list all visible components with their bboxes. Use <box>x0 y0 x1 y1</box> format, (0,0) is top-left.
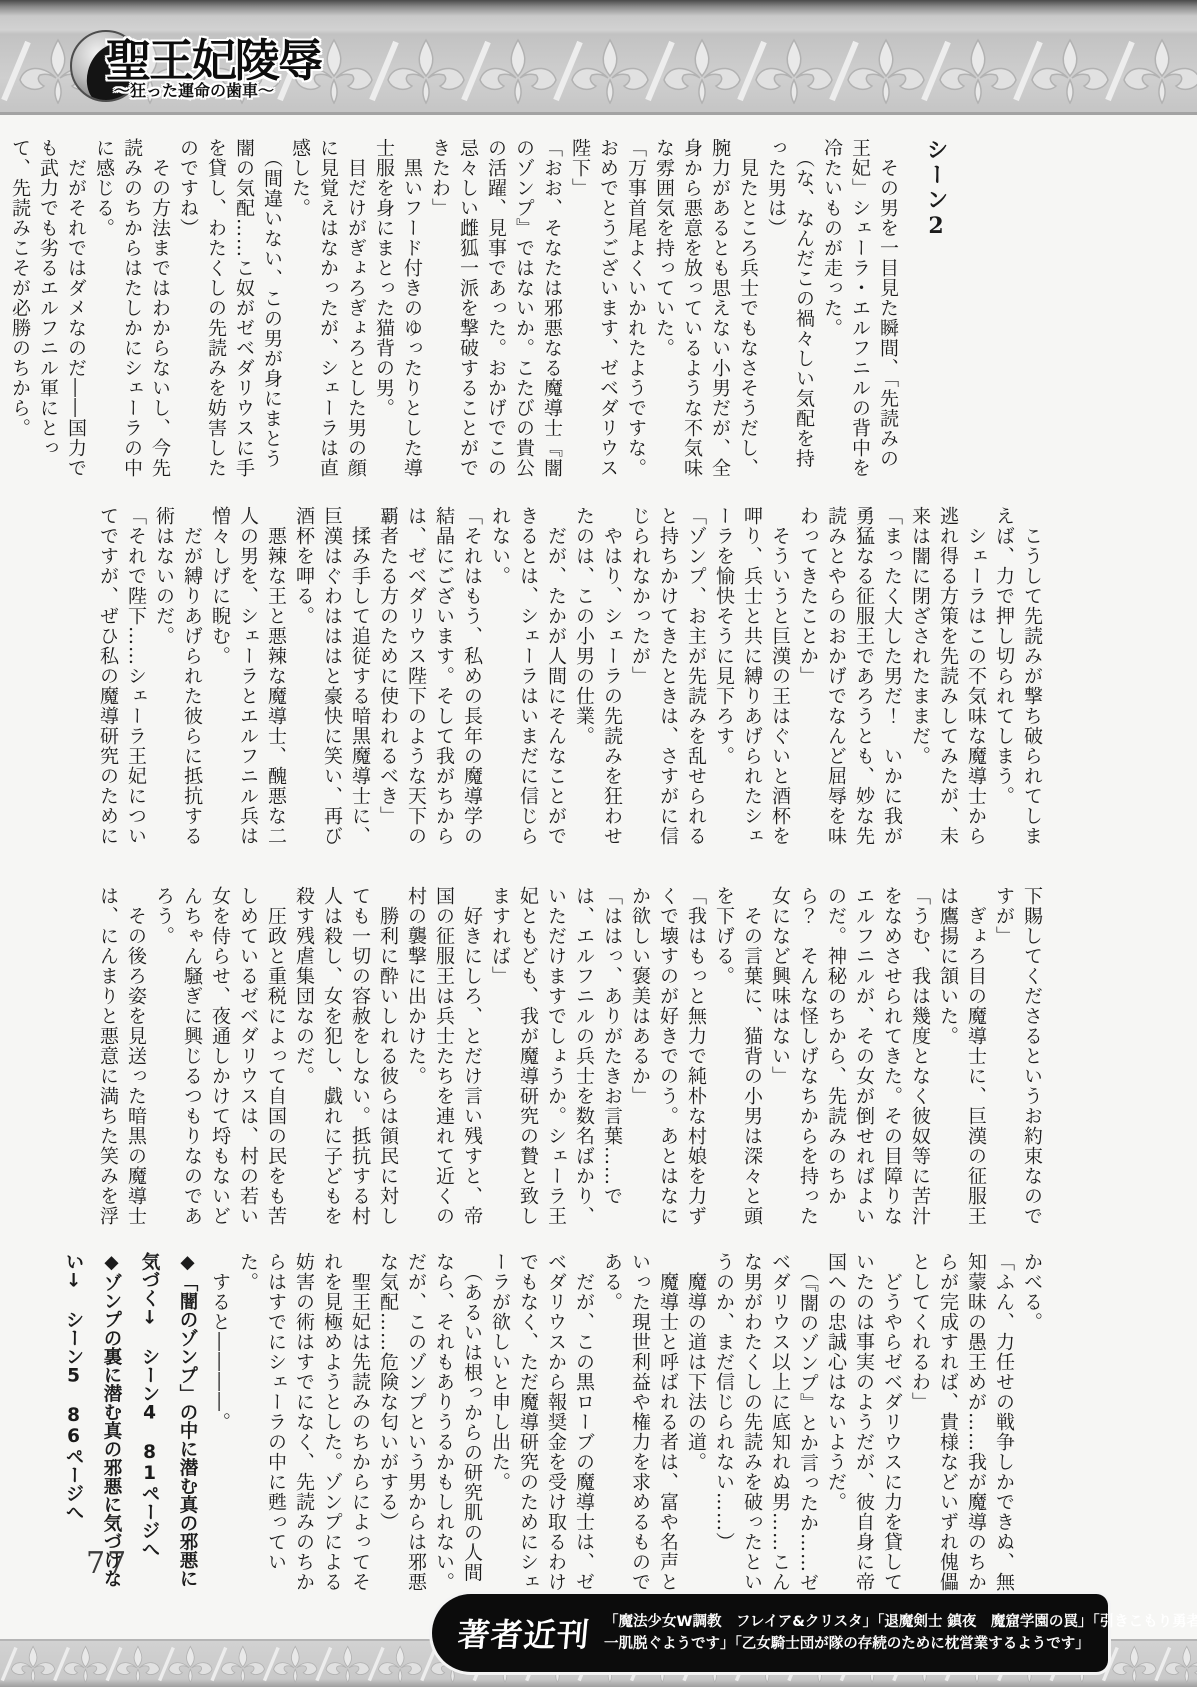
paragraph: 圧政と重税によって自国の民をも苦しめているゼベダリウスは、村の若い女を侍らせ、夜… <box>150 886 290 1230</box>
paragraph: 好きにしろ、とだけ言い残すと、帝国の征服王は兵士たちを連れて近くの村の襲撃に出か… <box>402 886 486 1230</box>
text-band-1: シーン2 その男を一目見た瞬間、「先読みの王妃」シェーラ・エルフニルの背中を冷た… <box>64 138 1046 482</box>
paragraph: 魔導士と呼ばれる者は、富や名声といった現世利益や権力を求めるものである。 <box>598 1252 682 1596</box>
paragraph: （あるいは根っからの研究肌の人間なら、それもありうるかもしれない。だが、このゾン… <box>374 1252 486 1596</box>
paragraph: その言葉に、猫背の小男は深々と頭を下げる。 <box>710 886 766 1230</box>
paragraph: 「うむ、我は幾度となく彼奴等に苦汁をなめさせられてきた。その目障りなエルフニルが… <box>766 886 934 1230</box>
book-titles-line2: 一肌脱ぐようです」「乙女騎士団が隊の存続のために枕営業するようです」 <box>604 1633 1197 1655</box>
paragraph: 「まったく大した男だ！ いかに我が勇猛なる征服王であろうとも、妙な先読みとやらの… <box>794 506 906 850</box>
paragraph: 見たところ兵士でもなさそうだし、腕力があるとも思えない小男だが、全身から悪意を放… <box>650 138 762 482</box>
paragraph: （『闇のゾンプ』とか言ったか……ゼベダリウス以上に底知れぬ男……こんな男がわたく… <box>710 1252 822 1596</box>
paragraph: 魔導の道は下法の道。 <box>682 1252 710 1596</box>
paragraph: 「それはもう、私めの長年の魔導学の結晶にございます。そして我がちからは、ゼベダリ… <box>374 506 486 850</box>
paragraph: その男を一目見た瞬間、「先読みの王妃」シェーラ・エルフニルの背中を冷たいものが走… <box>818 138 902 482</box>
page-number: 77 <box>86 1546 128 1581</box>
paragraph: 聖王妃は先読みのちからによってそれを見極めようとした。ゾンプによる妨害の術はすで… <box>234 1252 374 1596</box>
author-books-bar: 著者近刊 「魔法少女W調教 フレイア&クリスタ」「退魔剣士 鎮夜 魔窟学園の罠」… <box>432 1594 1108 1672</box>
paragraph: やはり、シェーラの先読みを狂わせたのは、この小男の仕業。 <box>570 506 626 850</box>
paragraph: その方法まではわからないし、今先読みのちからはたしかにシェーラの中に感じる。 <box>90 138 174 482</box>
paragraph: 「我はもっと無力で純朴な村娘を力ずくで壊すのが好きでのう。あとはなにか欲しい褒美… <box>626 886 710 1230</box>
paragraph: 「万事首尾よくいかれたようですな。おめでとうございます、ゼベダリウス陛下」 <box>566 138 650 482</box>
paragraph: だが縛りあげられた彼らに抵抗する術はないのだ。 <box>150 506 206 850</box>
book-titles: 「魔法少女W調教 フレイア&クリスタ」「退魔剣士 鎮夜 魔窟学園の罠」「引きこも… <box>604 1611 1197 1656</box>
paragraph: こうして先読みが撃ち破られてしまえば、力で押し切られてしまう。 <box>990 506 1046 850</box>
paragraph: 揉み手して追従する暗黒魔導士に、巨漢はぐわはははと豪快に笑い、再び酒杯を呷る。 <box>290 506 374 850</box>
series-logo: 聖王妃陵辱 ～狂った運命の歯車～ <box>62 22 362 112</box>
author-books-label: 著者近刊 <box>456 1610 592 1656</box>
paragraph: 「おお、そなたは邪悪なる魔導士『闇のゾンプ』ではないか。こたびの貴公の活躍、見事… <box>426 138 566 482</box>
paragraph: 目だけがぎょろぎょろとした男の顔に見覚えはなかったが、シェーラは直感した。 <box>286 138 370 482</box>
paragraph: その後ろ姿を見送った暗黒の魔導士は、にんまりと悪意に満ちた笑みを浮 <box>94 886 150 1230</box>
paragraph: すると――――。 <box>206 1252 234 1596</box>
text-band-4: かべる。 「ふん、力任せの戦争しかできぬ、無知蒙昧の愚王めが……我が魔導のちから… <box>64 1252 1046 1596</box>
paragraph: 「それで陛下……シェーラ王妃についてですが、ぜひ私の魔導研究のために <box>94 506 150 850</box>
paragraph: 勝利に酔いしれる彼らは領民に対しても一切の容赦をしない。抵抗する村人は殺し、女を… <box>290 886 402 1230</box>
paragraph: ぎょろ目の魔導士に、巨漢の征服王は鷹揚に頷いた。 <box>934 886 990 1230</box>
paragraph: だがそれではダメなのだ――国力でも武力でも劣るエルフニル軍にとって、先読みこそが… <box>6 138 90 482</box>
book-page: 聖王妃陵辱 ～狂った運命の歯車～ シーン2 その男を一目見た瞬間、「先読みの王妃… <box>0 0 1197 1687</box>
paragraph: だが、この黒ローブの魔導士は、ゼベダリウスから報奨金を受け取るわけでもなく、ただ… <box>486 1252 598 1596</box>
paragraph: かべる。 <box>1018 1252 1046 1596</box>
paragraph: 「ははっ、ありがたきお言葉……では、エルフニルの兵士を数名ばかり、いただけますで… <box>486 886 626 1230</box>
jump-note-scene5: ◆ゾンプの裏に潜む真の邪悪に気づけない↓ シーン5 86ページへ <box>54 1252 130 1596</box>
paragraph: 「ゾンプ、お主が先読みを乱せられると持ちかけてきたときは、さすがに信じられなかっ… <box>626 506 710 850</box>
book-titles-line1: 「魔法少女W調教 フレイア&クリスタ」「退魔剣士 鎮夜 魔窟学園の罠」「引きこも… <box>604 1611 1197 1633</box>
jump-note-scene4: ◆「闇のゾンプ」の中に潜む真の邪悪に気づく↓ シーン4 81ページへ <box>130 1252 206 1596</box>
paragraph: 黒いフード付きのゆったりとした導士服を身にまとった猫背の男。 <box>370 138 426 482</box>
paragraph: どうやらゼベダリウスに力を貸していたのは事実のようだが、彼自身に帝国への忠誠心は… <box>822 1252 906 1596</box>
paragraph: 下賜してくださるというお約束なのですが」 <box>990 886 1046 1230</box>
scene-header: シーン2 <box>922 138 1046 482</box>
paragraph: 「ふん、力任せの戦争しかできぬ、無知蒙昧の愚王めが……我が魔導のちからが完成すれ… <box>906 1252 1018 1596</box>
paragraph: （な、なんだこの禍々しい気配を持った男は） <box>762 138 818 482</box>
paragraph: だが、たかが人間にそんなことができるとは、シェーラはいまだに信じられない。 <box>486 506 570 850</box>
text-band-3: 下賜してくださるというお約束なのですが」 ぎょろ目の魔導士に、巨漢の征服王は鷹揚… <box>64 886 1046 1230</box>
series-subtitle: ～狂った運命の歯車～ <box>114 78 274 101</box>
paragraph: そういうと巨漢の王はぐいと酒杯を呷り、兵士と共に縛りあげられたシェーラを愉快そう… <box>710 506 794 850</box>
paragraph: シェーラはこの不気味な魔導士から逃れ得る方策を先読みしてみたが、未来は闇に閉ざさ… <box>906 506 990 850</box>
text-band-2: こうして先読みが撃ち破られてしまえば、力で押し切られてしまう。 シェーラはこの不… <box>64 506 1046 850</box>
paragraph: （間違いない、この男が身にまとう闇の気配……こ奴がゼベダリウスに手を貸し、わたく… <box>174 138 286 482</box>
paragraph: 悪辣な王と悪辣な魔導士、醜悪な二人の男を、シェーラとエルフニル兵は憎々しげに睨む… <box>206 506 290 850</box>
